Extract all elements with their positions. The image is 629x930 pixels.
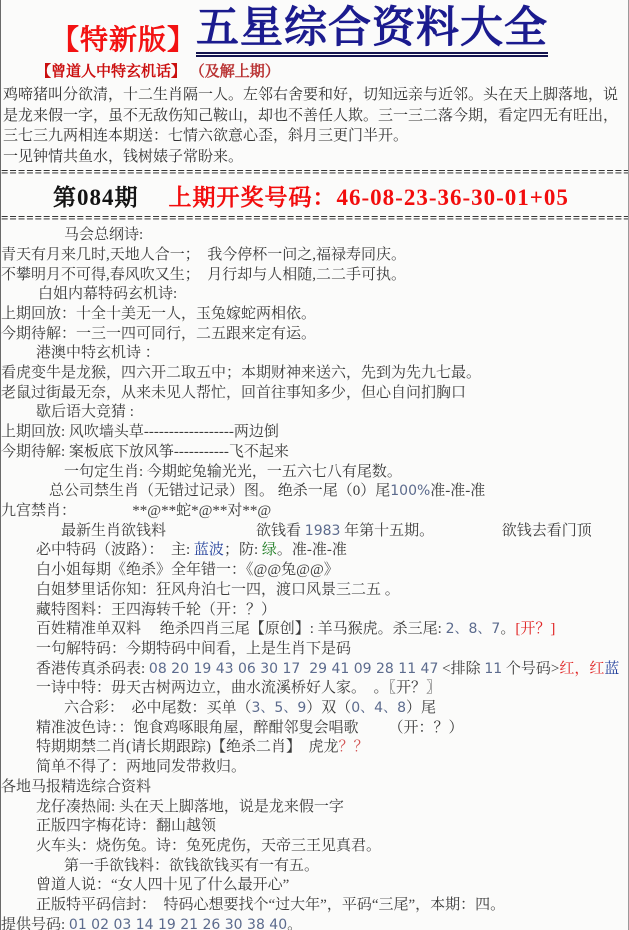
header: 【特新版】 五星综合资料大全 bbox=[1, 0, 628, 57]
body-line-segment: 总公司禁生肖（无错过记录）图。 绝杀一尾（0）尾 bbox=[49, 483, 390, 499]
body-line-segment: 正版特平码信封： 特码心想要找个“过大年”，平码“三尾”，本期：四。 bbox=[36, 897, 505, 913]
body-line-segment bbox=[141, 621, 160, 637]
body-line: 马会总纲诗: bbox=[1, 226, 628, 246]
body-line-segment: 最新生肖欲钱料 bbox=[61, 523, 166, 539]
body-line-segment: 第一手欲钱料：欲钱欲钱买有一有五。 bbox=[64, 858, 319, 874]
body-line-segment: ？？ bbox=[339, 739, 369, 755]
body-line-segment: 六合彩： 必中尾数：买单（ bbox=[64, 700, 252, 716]
body-line-segment: **@**蛇*@**对**@ bbox=[76, 503, 271, 519]
body-line: 各地马报精选综合资料 bbox=[1, 778, 628, 798]
body-line-segment: 绿 bbox=[262, 542, 277, 558]
body-line: 曾道人说：“女人四十见了什么最开心” bbox=[1, 876, 628, 896]
body-line-segment: 11 bbox=[484, 661, 502, 677]
body-line-segment: 欲钱去看门顶 bbox=[502, 523, 592, 539]
body-line-segment: 香港传真杀码表: bbox=[36, 661, 149, 677]
edition-tag: 【特新版】 bbox=[51, 24, 196, 58]
body-line-segment: 上期回放：十全十美无一人，玉兔嫁蛇两相依。 bbox=[1, 306, 316, 322]
body-line-segment: 个号码> bbox=[502, 661, 559, 677]
body-line: 火车头：烧伤兔。诗：兔死虎伤，天帝三王见真君。 bbox=[1, 837, 628, 857]
body-line-segment: 正版四字梅花诗：翻山越领 bbox=[36, 818, 216, 834]
body-line: 精准波色诗：：饱食鸡啄眼角屋，醉酣邻叟会唱歌 （开：？） bbox=[1, 719, 628, 739]
body-line-segment: 2、8、7 bbox=[446, 621, 501, 637]
body-line: 白小姐每期《绝杀》全年错一：《@@兔@@》 bbox=[1, 561, 628, 581]
body-line: 香港传真杀码表: 08 20 19 43 06 30 17 29 41 09 2… bbox=[1, 660, 628, 680]
page-title: 五星综合资料大全 bbox=[196, 6, 548, 57]
body-line-segment: 精准波色诗：：饱食鸡啄眼角屋，醉酣邻叟会唱歌 bbox=[36, 720, 359, 736]
body-line: 不攀明月不可得,春风吹又生； 月行却与人相随,二二手可执。 bbox=[1, 266, 628, 286]
body-line-segment: 歇后语大竞猜 : bbox=[36, 404, 134, 420]
separator-top: ========================================… bbox=[1, 167, 628, 178]
body-line: 今期待解：一三一四可同行，二五跟来定有运。 bbox=[1, 325, 628, 345]
body-line: 特期期禁二肖(请长期跟踪)【绝杀二肖】 虎龙？？ bbox=[1, 738, 628, 758]
body-line-segment: 0、4、8 bbox=[351, 700, 406, 716]
separator-bottom: ========================================… bbox=[1, 213, 628, 224]
body-line-segment: 白姐梦里话你知：狂风舟泊七一四，渡口风景三二五 。 bbox=[36, 582, 400, 598]
body-line: 白姐内幕特码玄机诗: bbox=[1, 285, 628, 305]
body-line: 最新生肖欲钱料 欲钱看 1983 年第十五期。 欲钱去看门顶 bbox=[1, 522, 628, 542]
body-line-segment: [开？] bbox=[515, 621, 555, 637]
body-line: 一句解特码：今期特码中间看，上是生肖下是码 bbox=[1, 640, 628, 660]
body-line-segment: 看虎变牛是龙猴，四六开二取五中；本期财神来送六，先到为先九七最。 bbox=[1, 365, 481, 381]
body-line: 正版特平码信封： 特码心想要找个“过大年”，平码“三尾”，本期：四。 bbox=[1, 896, 628, 916]
body-line-segment: 欲钱看 bbox=[256, 523, 305, 539]
body-line: 藏特图料：王四海转千轮（开：？） bbox=[1, 601, 628, 621]
body-line: 白姐梦里话你知：狂风舟泊七一四，渡口风景三二五 。 bbox=[1, 581, 628, 601]
body-line: 一诗中特：毋天古树两边立，曲水流溪桥好人家。 。〖开？〗 bbox=[1, 679, 628, 699]
body-line-segment: <排除 bbox=[438, 661, 484, 677]
body-line-segment: 。 bbox=[500, 621, 515, 637]
body-line-segment: ）双（ bbox=[306, 700, 351, 716]
body-line-segment: 藏特图料：王四海转千轮（开：？） bbox=[36, 602, 276, 618]
body-line-segment: 1983 bbox=[305, 523, 341, 539]
subtitle-jieshangqi: （及解上期） bbox=[190, 64, 280, 80]
body-line-segment: ；防: bbox=[224, 542, 262, 558]
body-line-segment: 今期待解: 案板底下放风筝-----------飞不起来 bbox=[1, 444, 289, 460]
body-line-segment: 一句解特码：今期特码中间看，上是生肖下是码 bbox=[36, 641, 351, 657]
body-lines: 马会总纲诗:青天有月来几时,天地人合一； 我今停杯一问之,福禄寿同庆。不攀明月不… bbox=[1, 224, 628, 930]
body-line: 正版四字梅花诗：翻山越领 bbox=[1, 817, 628, 837]
body-line-segment: 老鼠过街最无奈，从来未见人帮忙，回首往事知多少，但心自问扪胸口 bbox=[1, 385, 466, 401]
body-line: 总公司禁生肖（无错过记录）图。 绝杀一尾（0）尾100%准-准-准 bbox=[1, 482, 628, 502]
body-line: 歇后语大竞猜 : bbox=[1, 403, 628, 423]
body-line-segment: 火车头：烧伤兔。诗：兔死虎伤，天帝三王见真君。 bbox=[36, 838, 381, 854]
body-line-segment: ）尾 bbox=[406, 700, 436, 716]
body-line-segment: 08 20 19 43 06 30 17 29 41 09 28 11 47 bbox=[149, 661, 438, 677]
body-line-segment: 各地马报精选综合资料 bbox=[1, 779, 151, 795]
body-line-segment bbox=[166, 523, 256, 539]
body-line: 港澳中特玄机诗 ： bbox=[1, 344, 628, 364]
body-line-segment: （开：？） bbox=[389, 720, 464, 736]
body-line-segment: 上期回放: 风吹墙头草------------------两边倒 bbox=[1, 424, 279, 440]
body-line: 一句定生肖: 今期蛇兔输光光，一五六七八有尾数。 bbox=[1, 463, 628, 483]
body-line-segment: 一句定生肖: 今期蛇兔输光光，一五六七八有尾数。 bbox=[64, 464, 402, 480]
issue-number: 第084期 bbox=[53, 179, 139, 212]
body-line: 上期回放: 风吹墙头草------------------两边倒 bbox=[1, 423, 628, 443]
body-line-segment: 白姐内幕特码玄机诗: bbox=[38, 286, 177, 302]
body-line-segment: 。 bbox=[287, 917, 302, 930]
body-line-segment: 绝杀四肖三尾【原创】: 羊马猴虎。杀三尾: bbox=[160, 621, 446, 637]
body-line-segment: 蓝波 bbox=[194, 542, 224, 558]
body-line-segment: 红，红 bbox=[559, 661, 604, 677]
body-line-segment: 不攀明月不可得,春风吹又生； 月行却与人相随,二二手可执。 bbox=[1, 267, 406, 283]
body-line-segment: 年第十五期。 bbox=[340, 523, 434, 539]
body-line-segment: 准-准-准 bbox=[430, 483, 485, 499]
body-line: 青天有月来几时,天地人合一； 我今停杯一问之,福禄寿同庆。 bbox=[1, 246, 628, 266]
body-line-segment: 100% bbox=[390, 483, 430, 499]
body-line-segment: 今期待解：一三一四可同行，二五跟来定有运。 bbox=[1, 326, 316, 342]
body-line-segment: 一诗中特：毋天古树两边立，曲水流溪桥好人家。 。〖开？〗 bbox=[36, 680, 441, 696]
intro-line2: 一见钟情共鱼水，钱树婊子常盼来。 bbox=[1, 147, 628, 168]
body-line-segment bbox=[434, 523, 502, 539]
body-line-segment: 3、5、9 bbox=[252, 700, 307, 716]
previous-draw-numbers: 上期开奖号码：46-08-23-36-30-01+05 bbox=[169, 179, 569, 212]
subtitle-zengdaoren: 【曾道人中特玄机话】 bbox=[36, 64, 186, 80]
body-line: 第一手欲钱料：欲钱欲钱买有一有五。 bbox=[1, 857, 628, 877]
body-line-segment: 特期期禁二肖(请长期跟踪)【绝杀二肖】 虎龙 bbox=[36, 739, 339, 755]
body-line: 今期待解: 案板底下放风筝-----------飞不起来 bbox=[1, 443, 628, 463]
body-line-segment: 必中特码（波路）： 主: bbox=[36, 542, 194, 558]
body-line-segment: 蓝 bbox=[604, 661, 619, 677]
body-line-segment: 白小姐每期《绝杀》全年错一：《@@兔@@》 bbox=[36, 562, 339, 578]
body-line-segment: 马会总纲诗: bbox=[64, 227, 143, 243]
body-line-segment: 01 02 03 14 19 21 26 30 38 40 bbox=[69, 917, 287, 930]
body-line-segment: 青天有月来几时,天地人合一； 我今停杯一问之,福禄寿同庆。 bbox=[1, 247, 406, 263]
intro-paragraph: 鸡啼猪叫分欲清，十二生肖隔一人。左邻右舍要和好，切知远亲与近邻。头在天上脚落地，… bbox=[1, 81, 628, 147]
body-line: 看虎变牛是龙猴，四六开二取五中；本期财神来送六，先到为先九七最。 bbox=[1, 364, 628, 384]
body-line-segment: 百姓精准单双料 bbox=[36, 621, 141, 637]
body-line: 六合彩： 必中尾数：买单（3、5、9）双（0、4、8）尾 bbox=[1, 699, 628, 719]
body-line: 老鼠过街最无奈，从来未见人帮忙，回首往事知多少，但心自问扪胸口 bbox=[1, 384, 628, 404]
body-line-segment: 简单不得了：两地同发带救归。 bbox=[36, 759, 246, 775]
body-line: 必中特码（波路）： 主: 蓝波；防: 绿。准-准-准 bbox=[1, 541, 628, 561]
body-line-segment bbox=[359, 720, 389, 736]
body-line: 上期回放：十全十美无一人，玉兔嫁蛇两相依。 bbox=[1, 305, 628, 325]
body-line-segment: 龙仔凑热闹: 头在天上脚落地，说是龙来假一字 bbox=[36, 799, 344, 815]
issue-row: 第084期 上期开奖号码：46-08-23-36-30-01+05 bbox=[1, 178, 628, 213]
subtitle-row: 【曾道人中特玄机话】 （及解上期） bbox=[1, 57, 628, 81]
body-line-segment: 九宫禁肖： bbox=[1, 503, 76, 519]
body-line: 简单不得了：两地同发带救归。 bbox=[1, 758, 628, 778]
body-line: 百姓精准单双料 绝杀四肖三尾【原创】: 羊马猴虎。杀三尾: 2、8、7。[开？] bbox=[1, 620, 628, 640]
body-line: 提供号码: 01 02 03 14 19 21 26 30 38 40。 bbox=[1, 916, 628, 930]
body-line-segment: 提供号码: bbox=[1, 917, 69, 930]
body-line-segment: 曾道人说：“女人四十见了什么最开心” bbox=[36, 877, 289, 893]
body-line: 龙仔凑热闹: 头在天上脚落地，说是龙来假一字 bbox=[1, 798, 628, 818]
body-line-segment: 。准-准-准 bbox=[277, 542, 347, 558]
body-line: 九宫禁肖： **@**蛇*@**对**@ bbox=[1, 502, 628, 522]
body-line-segment: 港澳中特玄机诗 ： bbox=[36, 345, 160, 361]
